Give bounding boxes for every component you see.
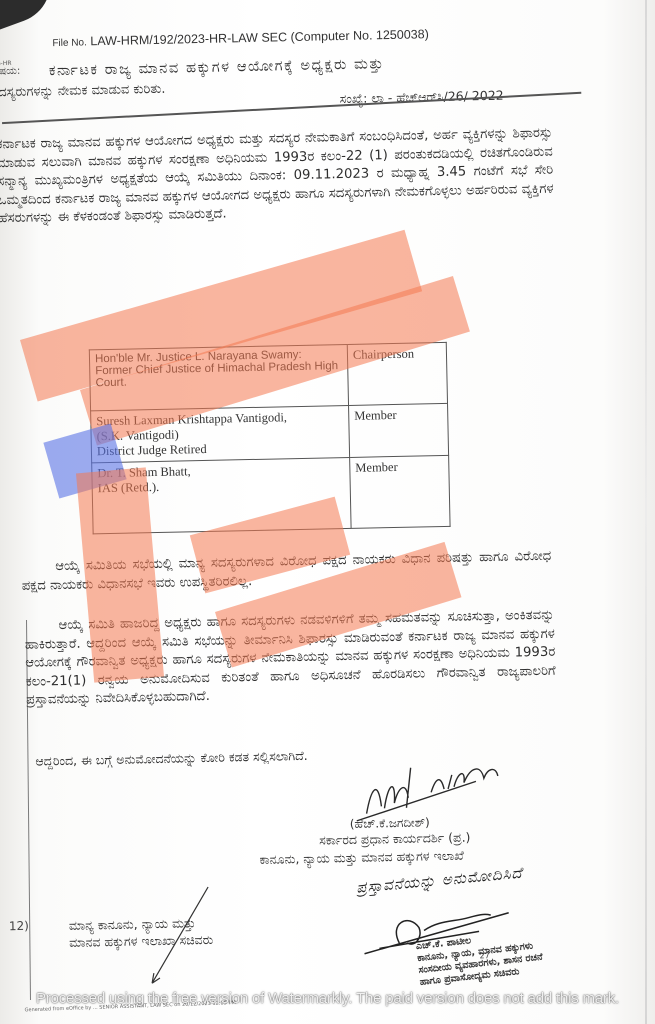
members-table: Hon'ble Mr. Justice L. Narayana Swamy: F…: [89, 342, 451, 534]
member-role-cell: Member: [350, 455, 450, 528]
paragraph-recommendation: ಕರ್ನಾಟಕ ರಾಜ್ಯ ಮಾನವ ಹಕ್ಕುಗಳ ಆಯೋಗದ ಅಧ್ಯಕ್ಷ…: [0, 125, 554, 230]
subject-line-1: ಕರ್ನಾಟಕ ರಾಜ್ಯ ಮಾನವ ಹಕ್ಕುಗಳ ಆಯೋಗಕ್ಕೆ ಅಧ್ಯ…: [49, 49, 569, 82]
member-name-cell: Suresh Laxman Krishtappa Vantigodi, (S.K…: [91, 405, 350, 462]
signatory-department: ಕಾನೂನು, ನ್ಯಾಯ ಮತ್ತು ಮಾನವ ಹಕ್ಕುಗಳ ಇಲಾಖೆ: [259, 848, 464, 868]
paragraph-proposal: ಆಯ್ಕೆ ಸಮಿತಿ ಹಾಜರಿದ್ದ ಅಧ್ಯಕ್ಷರು ಹಾಗೂ ಸದಸ್…: [24, 607, 556, 711]
document-content: File No. LAW-HRM/192/2023-HR-LAW SEC (Co…: [0, 0, 655, 1024]
member-role-cell: Member: [349, 403, 449, 457]
member-name-cell: Hon'ble Mr. Justice L. Narayana Swamy: F…: [89, 344, 348, 410]
page-number: 27: [479, 951, 489, 960]
table-row: Dr. T. Sham Bhatt, IAS (Retd.). Member: [92, 455, 450, 533]
forward-arrow-stroke: [138, 882, 220, 994]
document-page: File No. LAW-HRM/192/2023-HR-LAW SEC (Co…: [0, 0, 655, 1024]
table-row: Hon'ble Mr. Justice L. Narayana Swamy: F…: [89, 342, 447, 410]
margin-number: 12): [9, 919, 29, 933]
member-name-cell: Dr. T. Sham Bhatt, IAS (Retd.).: [92, 457, 351, 533]
paragraph-absence: ಆಯ್ಕೆ ಸಮಿತಿಯ ಸಭೆಯಲ್ಲಿ ಮಾನ್ಯ ಸದಸ್ಯರುಗಳಾದ …: [21, 548, 552, 596]
subject-label: ವಿಷಯ:: [0, 66, 20, 78]
table-row: Suresh Laxman Krishtappa Vantigodi, (S.K…: [91, 403, 449, 462]
watermark-text: Processed using the free version of Wate…: [0, 990, 655, 1007]
member-role-cell: Chairperson: [347, 342, 447, 405]
signatory-name: (ಹೆಚ್.ಕೆ.ಜಗದೀಶ್): [350, 815, 430, 832]
file-number: File No. LAW-HRM/192/2023-HR-LAW SEC (Co…: [52, 27, 429, 49]
subject-line-2: ಸದಸ್ಯರುಗಳನ್ನು ನೇಮಕ ಮಾಡುವ ಕುರಿತು.: [0, 82, 166, 101]
handwritten-approval-note: ಪ್ರಸ್ತಾವನೆಯನ್ನು ಅನುಮೋದಿಸಿದೆ: [356, 864, 524, 897]
signatory-title: ಸರ್ಕಾರದ ಪ್ರಧಾನ ಕಾರ್ಯದರ್ಶಿ (ಪ್ರ.): [319, 830, 471, 849]
